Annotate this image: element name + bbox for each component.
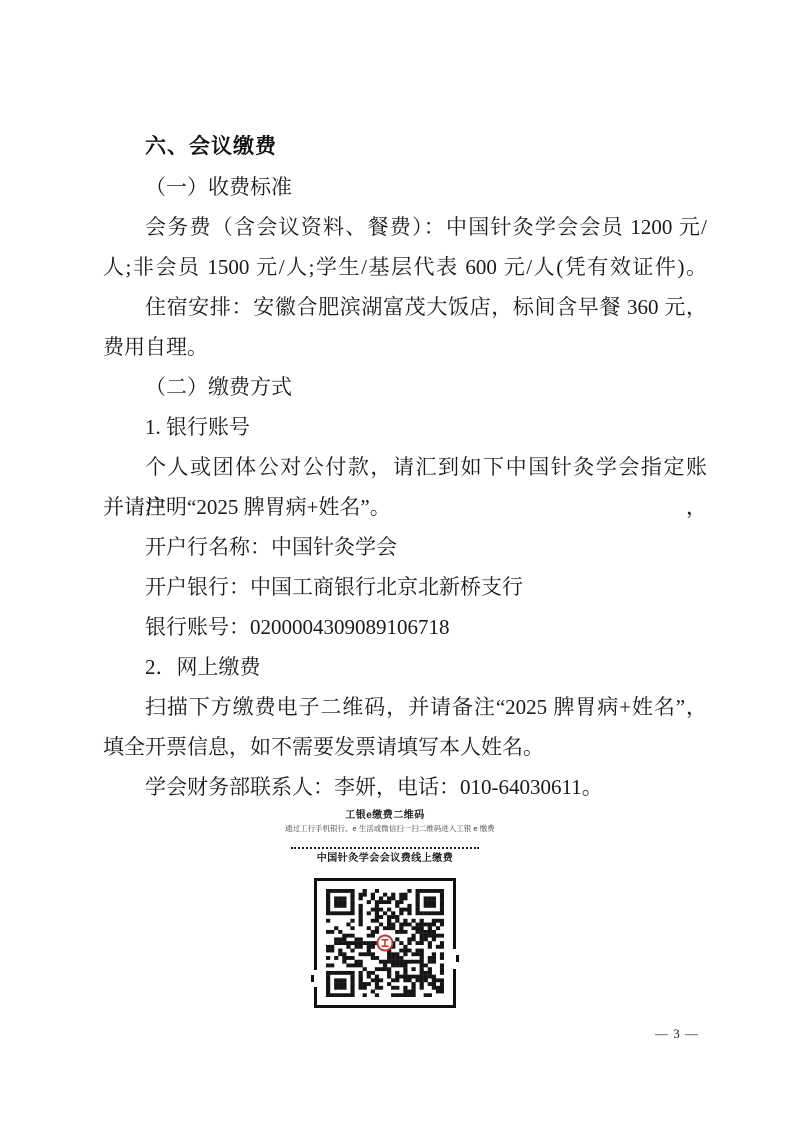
body-line-hotel-1: 住宿安排：安徽合肥滨湖富茂大饭店，标间含早餐 360 元， [103, 287, 707, 327]
body-line-scan-2: 填全开票信息，如不需要发票请填写本人姓名。 [103, 727, 707, 767]
page-number: — 3 — [655, 1026, 699, 1042]
dotted-divider [291, 847, 479, 849]
frame-dash-right [456, 955, 459, 962]
qr-block-subtitle: 通过工行手机银行、e 生活或微信扫一扫二维码进入工银 e 缴费 [285, 824, 485, 833]
qr-payment-block: 工银e缴费二维码 通过工行手机银行、e 生活或微信扫一扫二维码进入工银 e 缴费… [285, 810, 485, 1008]
section-heading: 六、会议缴费 [103, 127, 707, 167]
qr-block-caption: 中国针灸学会会议费线上缴费 [285, 853, 485, 865]
body-line-account-name: 开户行名称：中国针灸学会 [103, 527, 707, 567]
document-page: { "document": { "heading": "六、会议缴费", "li… [0, 0, 800, 1131]
frame-dash-left [311, 975, 314, 982]
icbc-logo-icon [377, 935, 394, 952]
body-line-fee-1: 会务费（含会议资料、餐费）：中国针灸学会会员 1200 元/ [103, 207, 707, 247]
document-body: 六、会议缴费 （一）收费标准 会务费（含会议资料、餐费）：中国针灸学会会员 12… [103, 127, 707, 807]
body-line-online-heading: 2．网上缴费 [103, 647, 707, 687]
body-line-contact: 学会财务部联系人：李妍，电话：010-64030611。 [103, 767, 707, 807]
body-line-transfer-1: 个人或团体公对公付款，请汇到如下中国针灸学会指定账户， [103, 447, 707, 487]
body-line-subheading-1: （一）收费标准 [103, 167, 707, 207]
body-line-bank-heading: 1. 银行账号 [103, 407, 707, 447]
body-line-account-no: 银行账号：0200004309089106718 [103, 607, 707, 647]
body-line-subheading-2: （二）缴费方式 [103, 367, 707, 407]
body-line-hotel-2: 费用自理。 [103, 327, 707, 367]
body-line-scan-1: 扫描下方缴费电子二维码，并请备注“2025 脾胃病+姓名”， [103, 687, 707, 727]
body-line-bank-branch: 开户银行：中国工商银行北京北新桥支行 [103, 567, 707, 607]
frame-gap-left [314, 970, 317, 987]
qr-code-frame [314, 878, 456, 1008]
qr-block-title: 工银e缴费二维码 [285, 810, 485, 822]
body-line-fee-2: 人;非会员 1500 元/人;学生/基层代表 600 元/人(凭有效证件)。 [103, 247, 707, 287]
